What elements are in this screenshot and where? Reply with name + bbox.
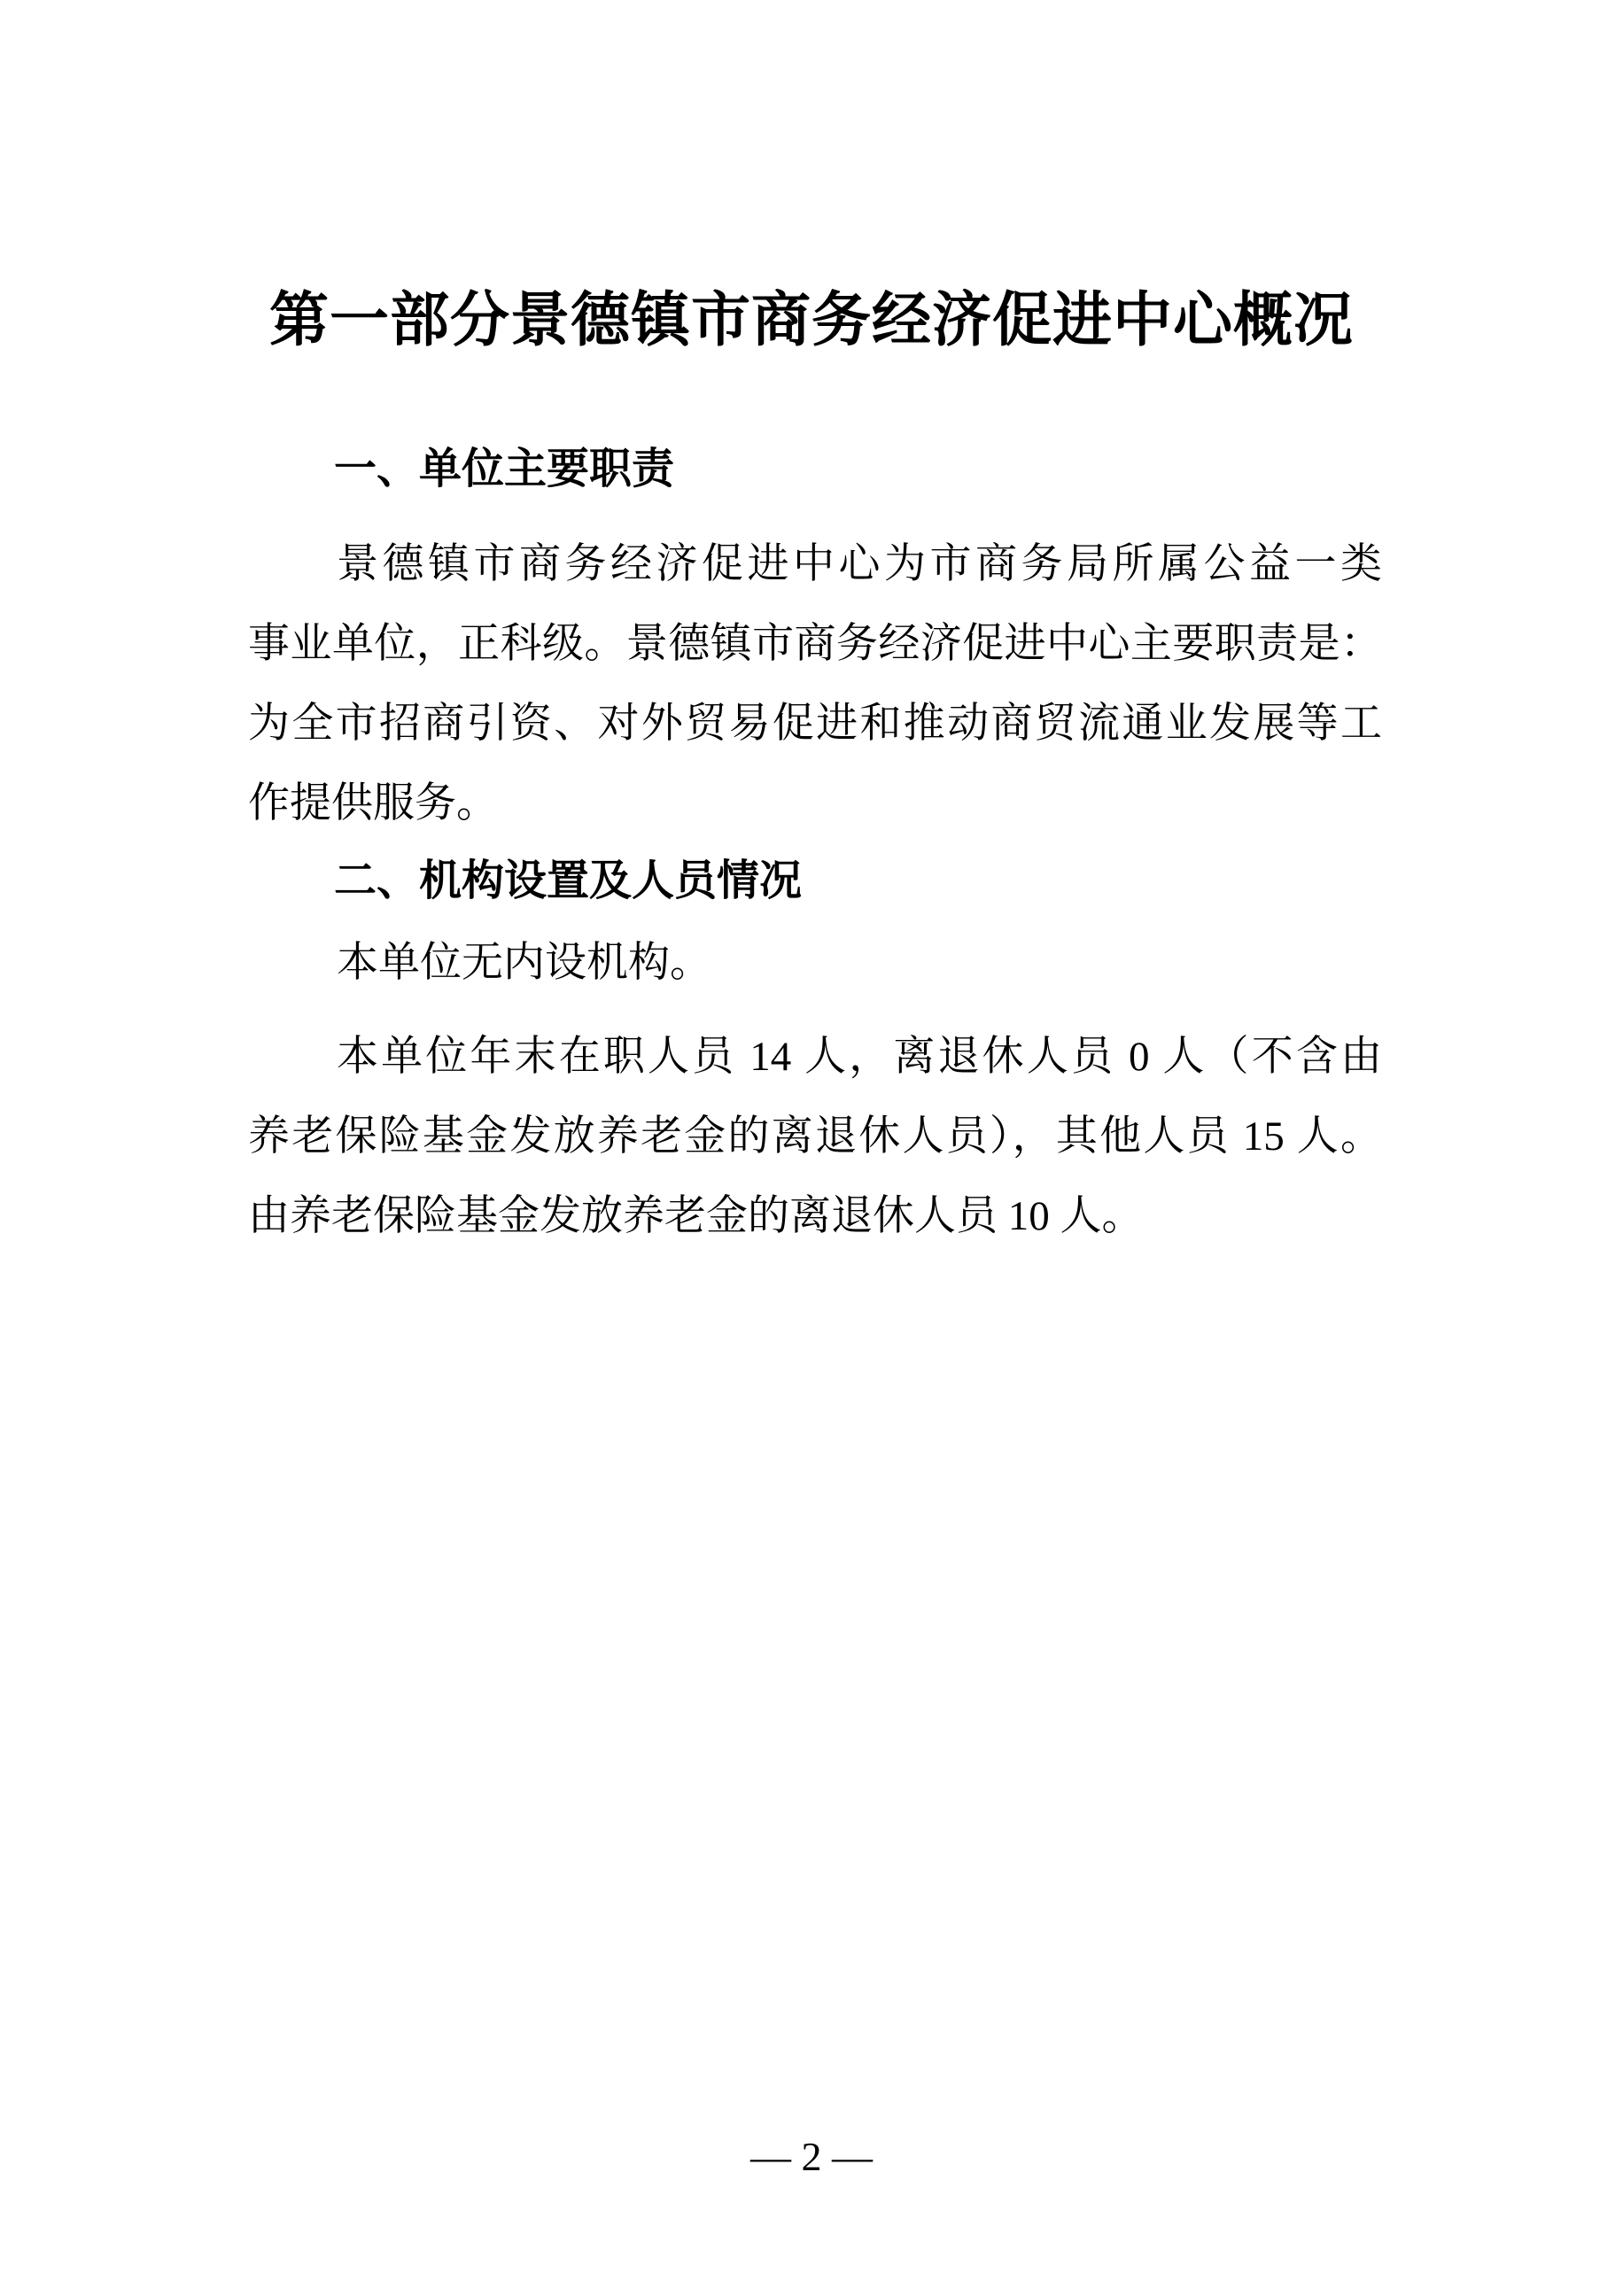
document-page: 第一部分景德镇市商务经济促进中心概况 一、单位主要职责 景德镇市商务经济促进中心…: [0, 0, 1623, 2296]
section1-heading: 一、单位主要职责: [248, 430, 1382, 509]
paragraph-line: 本单位年末在职人员 14 人，离退休人员 0 人（不含由: [248, 1017, 1382, 1097]
paragraph-line: 事业单位，正科级。景德镇市商务经济促进中心主要职责是：: [248, 604, 1382, 684]
paragraph-line: 养老保险基金发放养老金的离退休人员），其他人员 15 人。: [248, 1097, 1382, 1176]
paragraph-line: 景德镇市商务经济促进中心为市商务局所属公益一类: [248, 524, 1382, 604]
page-number: — 2 —: [0, 2130, 1623, 2184]
paragraph-line: 作提供服务。: [248, 764, 1382, 843]
paragraph-line: 为全市招商引资、对外贸易促进和推动商贸流通业发展等工: [248, 684, 1382, 764]
paragraph-line: 由养老保险基金发放养老金的离退休人员 10 人。: [248, 1176, 1382, 1256]
section2-heading: 二、机构设置及人员情况: [248, 842, 1382, 921]
paragraph-line: 本单位无内设机构。: [248, 923, 1382, 1003]
document-title: 第一部分景德镇市商务经济促进中心概况: [0, 283, 1623, 358]
